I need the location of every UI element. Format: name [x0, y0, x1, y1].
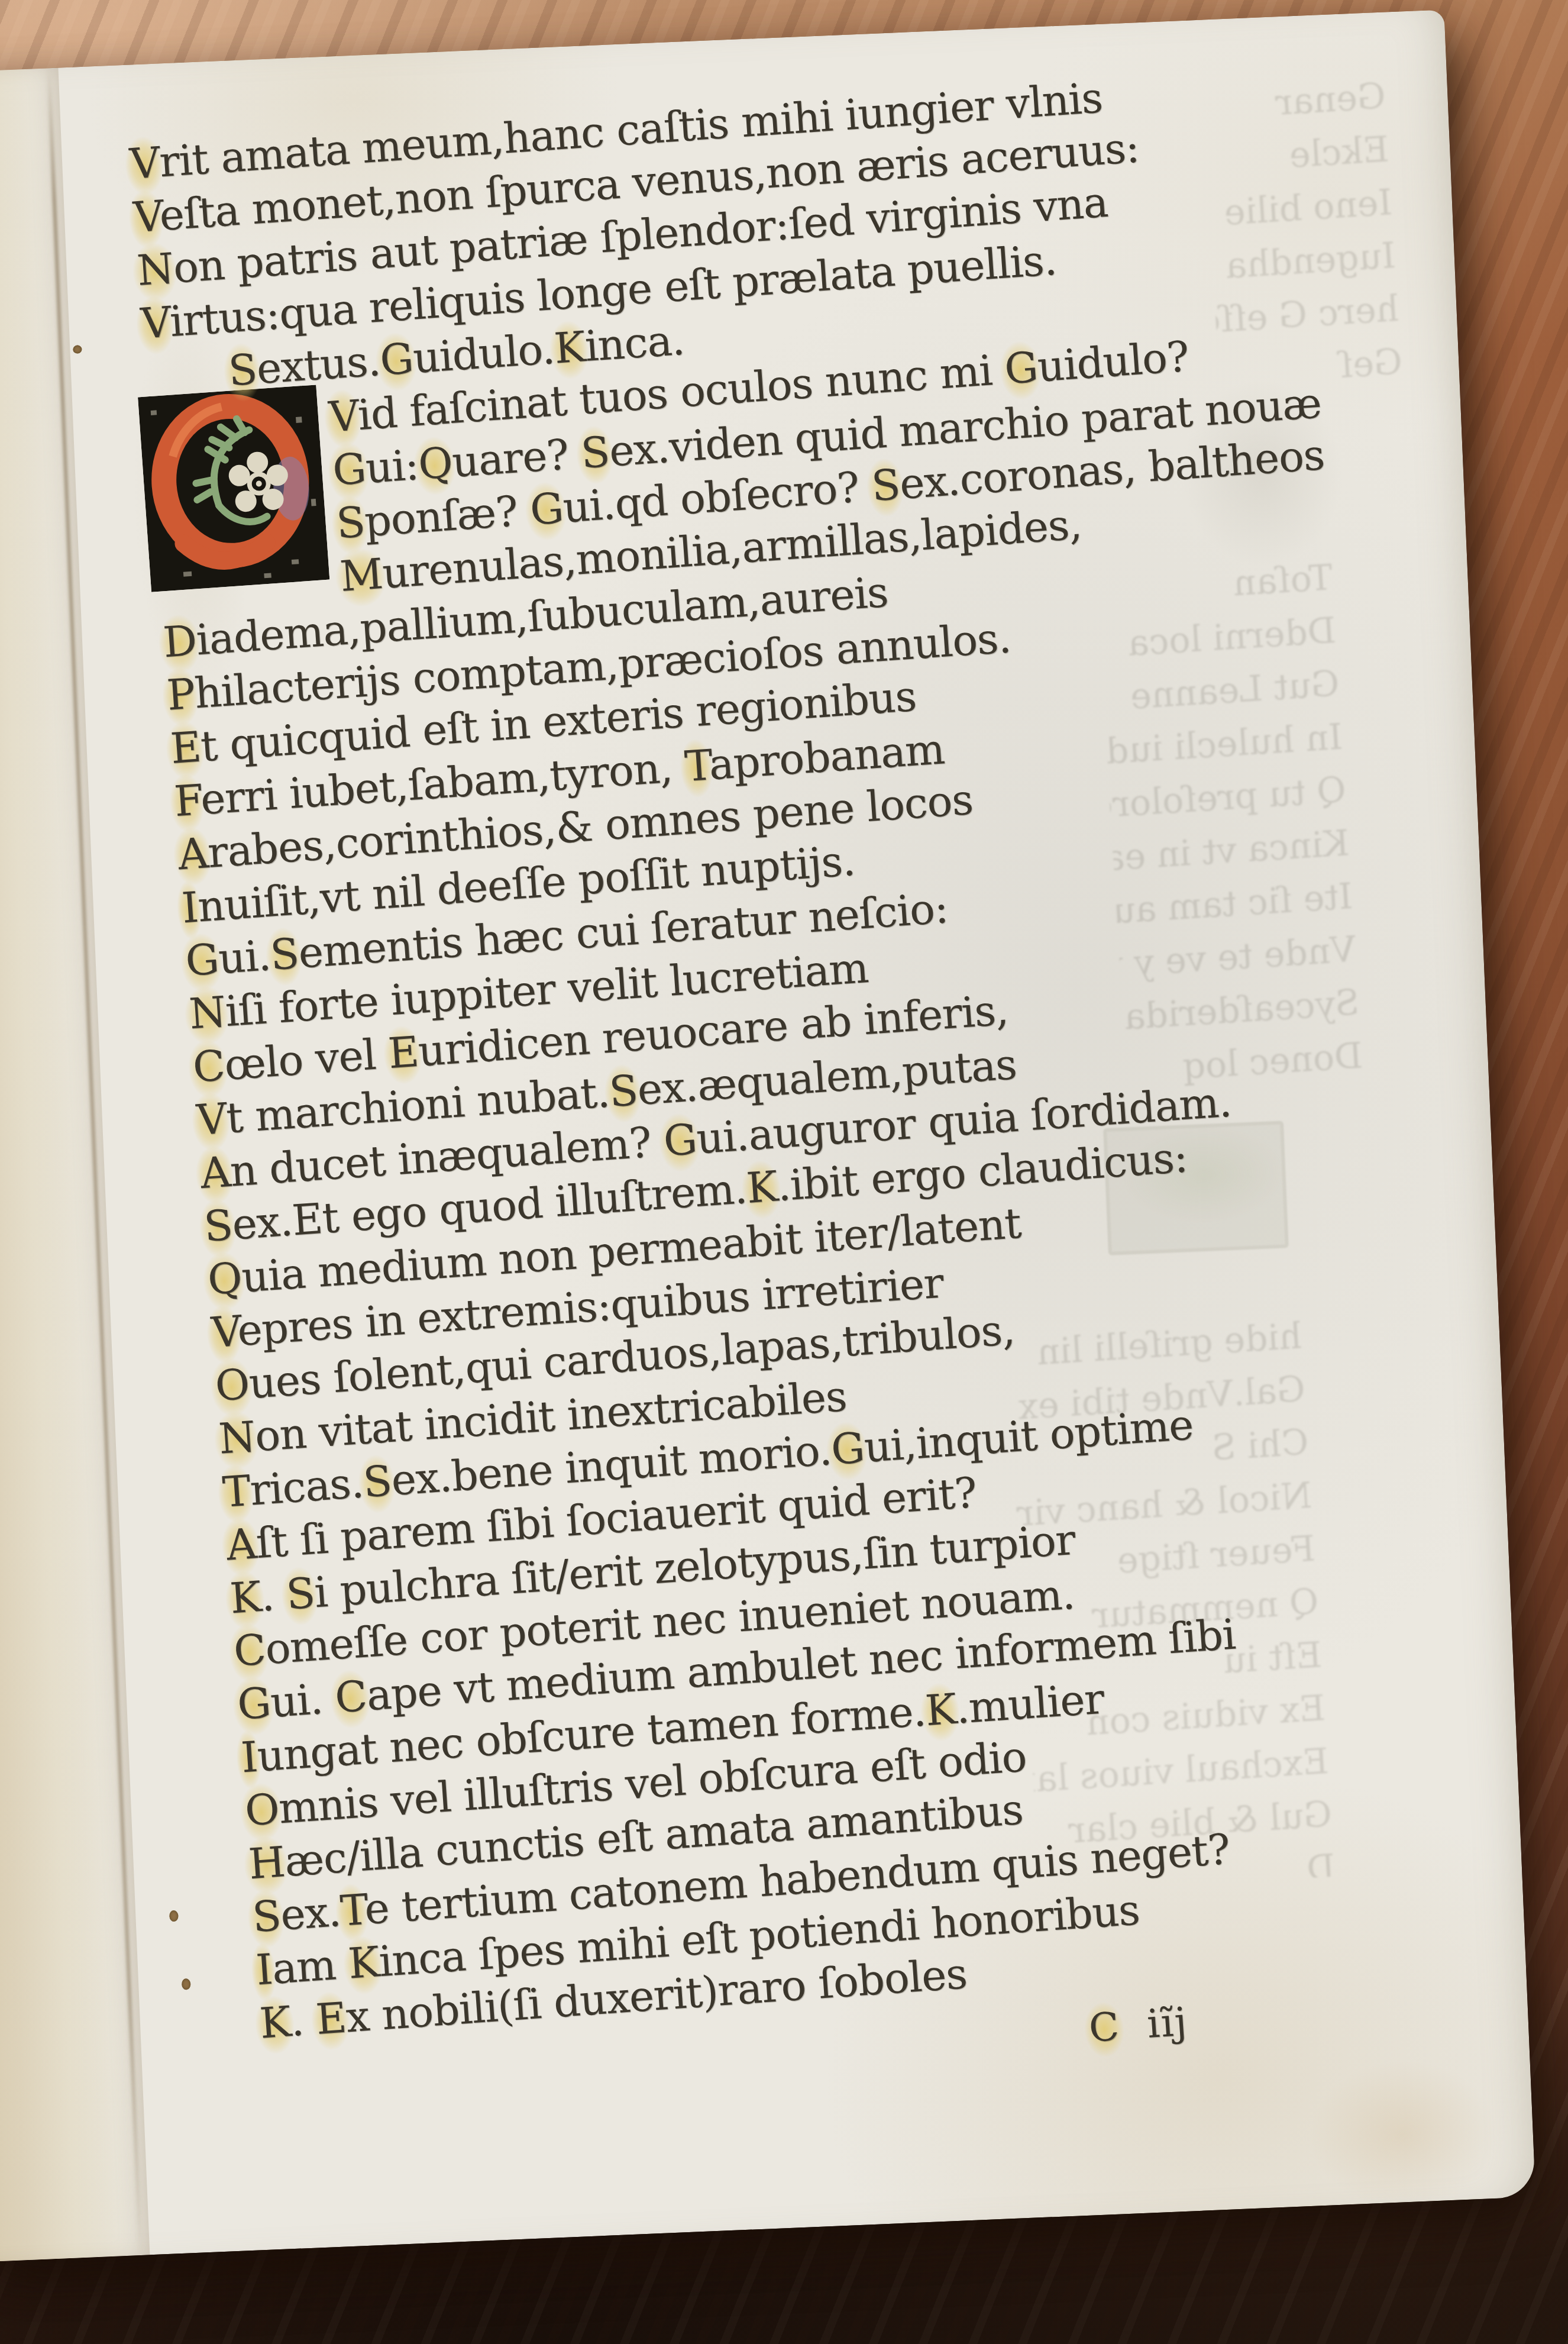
washed-capital: S: [580, 427, 611, 478]
washed-capital: I: [240, 1732, 259, 1783]
verse-text: ui.: [216, 931, 272, 983]
washed-capital: G: [1003, 343, 1039, 394]
washed-capital: I: [180, 883, 200, 933]
washed-capital: S: [251, 1891, 282, 1942]
washed-capital: S: [870, 460, 901, 511]
photo-scene: GenarEkcleIeno bilieIugendhaherc G eſſeG…: [0, 0, 1568, 2344]
washed-capital: K: [924, 1684, 958, 1735]
washed-capital: S: [202, 1200, 234, 1251]
washed-capital: G: [184, 934, 220, 986]
verse-text: ricas.: [248, 1458, 365, 1515]
washed-capital: K: [258, 1997, 292, 2048]
washed-capital: S: [269, 929, 300, 980]
washed-capital: N: [217, 1412, 257, 1464]
washed-capital: C: [232, 1625, 267, 1675]
washed-capital: K: [745, 1161, 779, 1212]
verse-text: .mulier: [955, 1674, 1105, 1733]
verse-text: ex.: [279, 1887, 342, 1940]
washed-capital: S: [227, 344, 258, 395]
verse-text: uidulo.: [411, 324, 556, 383]
book-page: GenarEkcleIeno bilieIugendhaherc G eſſeG…: [0, 9, 1535, 2262]
washed-capital: T: [683, 741, 710, 792]
washed-capital: H: [247, 1837, 287, 1888]
signature-mark: Ciĩj: [1088, 1998, 1189, 2051]
washed-capital: C: [334, 1671, 368, 1723]
washed-capital: O: [243, 1784, 280, 1836]
washed-capital: A: [176, 828, 209, 879]
washed-capital: I: [254, 1945, 274, 1995]
washed-capital: V: [128, 138, 161, 189]
wormhole: [169, 1910, 179, 1922]
washed-capital: Q: [416, 438, 454, 489]
verse-text: œlo vel: [223, 1029, 390, 1089]
washed-capital: A: [225, 1519, 258, 1570]
washed-capital: T: [221, 1466, 252, 1517]
washed-capital: E: [386, 1027, 420, 1078]
washed-capital: N: [135, 244, 175, 295]
washed-capital: V: [139, 297, 172, 348]
verse-text: extus.: [255, 336, 382, 393]
washed-capital: G: [528, 483, 564, 535]
verse-text: ui:: [364, 440, 420, 493]
verse-text: ui.: [269, 1674, 337, 1728]
verse-text: uare?: [450, 429, 583, 487]
washed-capital: C: [191, 1041, 226, 1092]
washed-capital: G: [236, 1678, 272, 1729]
signature-numeral: iĩj: [1146, 1998, 1189, 2047]
washed-capital: M: [338, 549, 384, 601]
text-block: Vrit amata meum,hanc caſtis mihi iungier…: [128, 55, 1460, 2145]
signature-letter: C: [1088, 2003, 1122, 2051]
washed-capital: F: [173, 775, 202, 826]
washed-capital: K: [228, 1572, 263, 1623]
washed-capital: E: [314, 1993, 348, 2044]
washed-capital: S: [607, 1066, 639, 1116]
washed-capital: V: [195, 1094, 228, 1145]
washed-capital: V: [327, 390, 360, 441]
washed-capital: V: [132, 191, 161, 242]
washed-capital: A: [199, 1147, 232, 1198]
washed-capital: N: [187, 987, 227, 1038]
washed-capital: G: [379, 334, 415, 385]
wormhole: [73, 345, 82, 354]
washed-capital: S: [335, 497, 366, 548]
washed-capital: S: [284, 1568, 316, 1619]
washed-capital: T: [339, 1885, 367, 1936]
washed-capital: S: [361, 1456, 393, 1507]
verse-text: am: [270, 1939, 350, 1994]
washed-capital: V: [210, 1306, 239, 1357]
wormhole: [182, 1978, 191, 1990]
washed-capital: O: [214, 1360, 251, 1411]
verse-text: uidulo?: [1036, 332, 1190, 392]
washed-capital: K: [552, 322, 587, 373]
washed-capital: G: [829, 1423, 865, 1474]
washed-capital: Q: [206, 1253, 243, 1305]
verse-text: ponſæ?: [363, 486, 532, 546]
washed-capital: G: [662, 1115, 698, 1166]
verse-text: inca.: [583, 315, 686, 371]
washed-capital: E: [169, 722, 203, 773]
washed-capital: G: [331, 444, 367, 495]
washed-capital: K: [347, 1937, 381, 1988]
washed-capital: D: [161, 616, 198, 667]
washed-capital: P: [165, 669, 196, 720]
